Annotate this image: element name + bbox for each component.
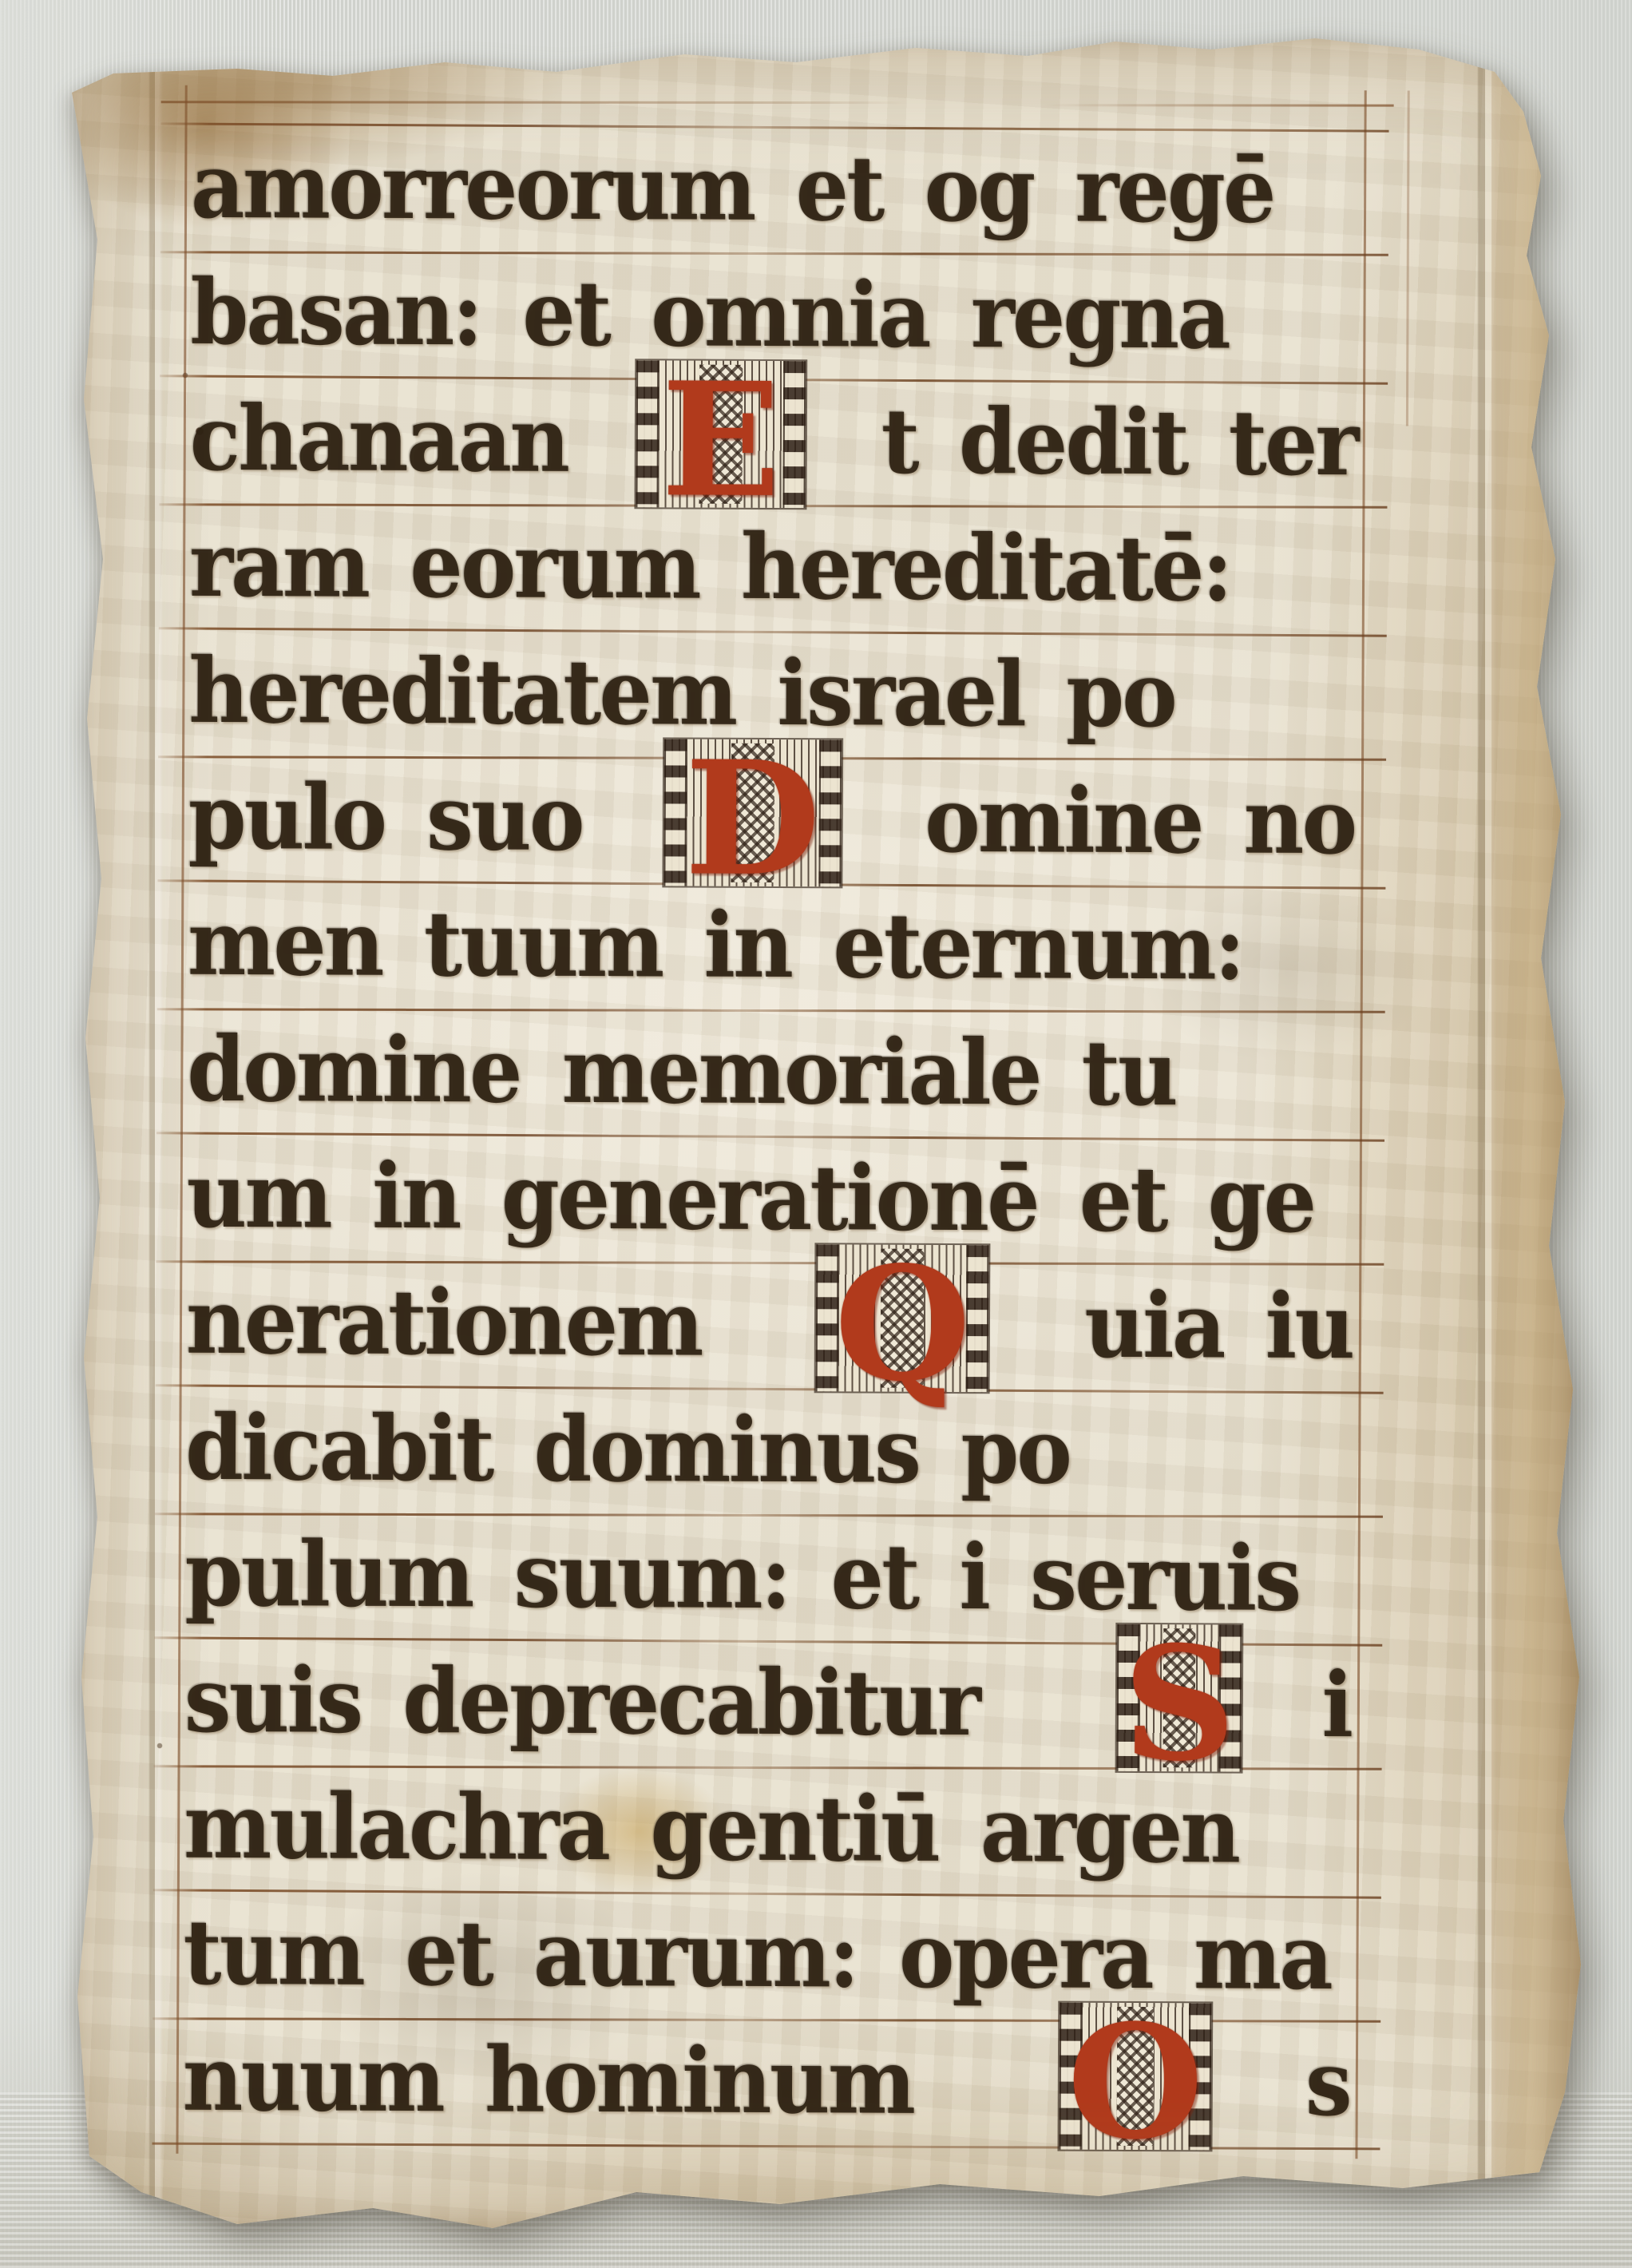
text-line-8: domine memoriale tu — [187, 1007, 1355, 1138]
text-line-11: dicabit dominus po — [185, 1386, 1353, 1517]
line-text: s — [1305, 2024, 1351, 2144]
line-text: mulachra gentiū argen — [184, 1767, 1239, 1892]
line-text: nuum hominum — [183, 2020, 914, 2143]
line-text: pulo suo — [188, 758, 583, 879]
penwork-panel: D — [663, 739, 842, 886]
line-text: hereditatem israel po — [188, 632, 1175, 755]
line-text: i — [1322, 1646, 1352, 1766]
line-text: omine no — [925, 761, 1356, 882]
right-outer-bounding-line — [1406, 90, 1410, 426]
illuminated-initial-O: O — [1067, 2004, 1204, 2161]
line-text: nerationem — [186, 1263, 702, 1385]
text-line-9: um in generationē et ge — [186, 1133, 1354, 1264]
text-line-1: amorreorum et og regē — [191, 124, 1359, 255]
text-block: amorreorum et og regē basan: et omnia re… — [182, 124, 1358, 2151]
illuminated-initial-E: E — [661, 362, 781, 519]
penwork-panel: O — [1060, 2003, 1212, 2151]
line-text: t dedit ter — [881, 383, 1357, 505]
text-line-16: nuum hominum O s — [183, 2016, 1351, 2147]
text-line-3: chanaan E t dedit ter — [189, 376, 1357, 507]
text-line-6: pulo suo D omine no — [188, 755, 1356, 886]
penwork-panel: Q — [816, 1244, 989, 1392]
line-text: suis deprecabitur — [184, 1641, 980, 1764]
line-text: chanaan — [189, 379, 568, 501]
illuminated-initial-Q: Q — [834, 1246, 972, 1403]
line-text: uia iu — [1084, 1267, 1353, 1387]
top-margin-rule-right — [1044, 104, 1394, 106]
line-text: amorreorum et og regē — [191, 127, 1274, 252]
manuscript-leaf: amorreorum et og regē basan: et omnia re… — [65, 30, 1582, 2233]
line-text: um in generationē et ge — [186, 1136, 1314, 1261]
penwork-panel: S — [1117, 1624, 1242, 1772]
line-text: domine memoriale tu — [187, 1010, 1176, 1134]
illuminated-initial-D: D — [684, 740, 821, 898]
text-line-10: nerationem Q uia iu — [186, 1259, 1354, 1390]
penwork-panel: E — [636, 360, 806, 508]
text-line-13: suis deprecabitur S i — [184, 1638, 1353, 1769]
leaf-folded-edge-strip — [1491, 30, 1581, 2233]
manuscript-leaf-wrap: amorreorum et og regē basan: et omnia re… — [65, 30, 1582, 2233]
illuminated-initial-S: S — [1123, 1626, 1236, 1783]
top-margin-rule — [161, 101, 909, 104]
